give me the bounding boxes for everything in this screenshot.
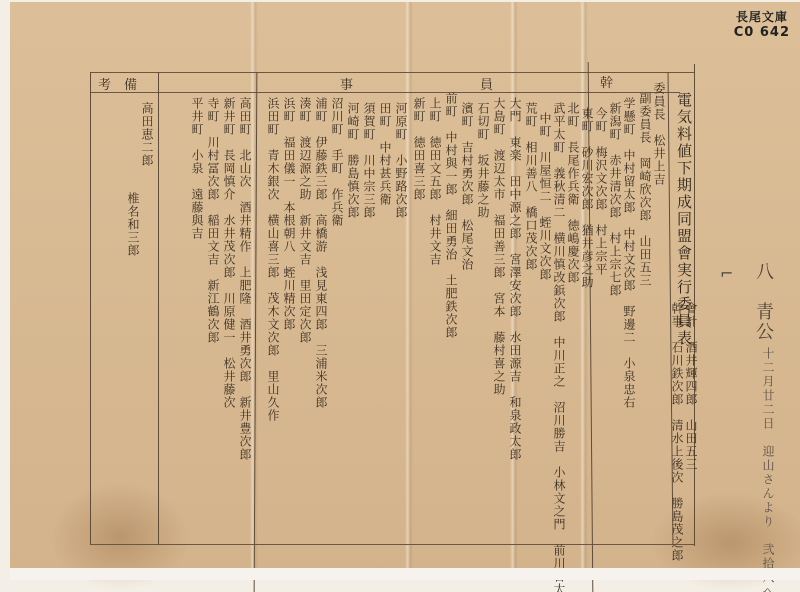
member-column: 学懸町 中村留太郎 中村文次郎 野邊二 小泉忠右 [622, 97, 636, 409]
section-header: 事 [340, 74, 353, 93]
catalog-stamp: 長尾文庫 C0 642 [734, 8, 790, 40]
bracket-mark: ⌐ [720, 264, 733, 283]
member-column: 大島町 渡辺太市 福田善三郎 宮本 藤村喜之助 [492, 97, 506, 396]
section-header: 員 [480, 74, 493, 93]
member-column: 石切町 坂井藤之助 [476, 102, 490, 219]
member-column: 中町 川屋恒二 蛭川文次郎 [538, 112, 552, 281]
scan-edge [10, 568, 800, 580]
member-column: 田町 中村甚兵衛 [378, 102, 392, 206]
member-column: 浜田町 青木銀次 横山喜三郎 茂木文次郎 里山久作 [266, 97, 280, 422]
leader-line: 幹事 石川鉄次郎 清水上後次 勝島茂之郎 [670, 302, 684, 562]
member-column: 河原町 小野路次郎 [394, 102, 408, 219]
paper-fold [580, 2, 588, 580]
remarks-name: 高田恵二郎 [140, 102, 154, 167]
member-column: 浦町 伊藤鉄三郎 高橋游 浅見東四郎 三浦米次郎 [314, 97, 328, 409]
member-column: 武平太町 義秋清二 横川慎改鋲次郎 中川正之 沼川勝吉 小林文之門 前川喜太 [552, 102, 566, 592]
member-column: 寺町 川村冨次郎 稲田文吉 新江鶴次郎 [206, 97, 220, 344]
member-column: 須賀町 川中宗三郎 [362, 102, 376, 219]
member-column: 東町 砂川宏次郎 猶井彦之助 [580, 107, 594, 289]
member-column: 前町 中村與一郎 細田勇治 土肥鉄次郎 [444, 92, 458, 339]
remarks-name: 椎名和三郎 [126, 192, 140, 257]
member-column: 沼川町 手町 作兵衛 [330, 97, 344, 227]
margin-note: 八 青公 [750, 262, 776, 342]
catalog-number: C0 642 [734, 25, 790, 40]
member-column: 大門 東楽 田中源之郎 宮澤安次郎 水田源吉 和泉政太郎 [508, 97, 522, 461]
document-sheet: 長尾文庫 C0 642 考 備 事 員 幹 電気料値下期成同盟會実行委員表 委員… [10, 2, 800, 580]
member-column: 新井町 長岡慎介 水井茂次郎 川原健一 松井藤次 [222, 97, 236, 409]
member-column: 上町 徳田文五郎 村井文吉 [428, 97, 442, 266]
member-column: 湊町 渡辺源之助 新井文吉 里田定次郎 [298, 97, 312, 344]
member-column: 新潟町 赤井清次郎 村上宗七郎 [608, 102, 622, 297]
member-column: 今町 梅沢文次郎 村上宗平 [594, 107, 608, 276]
section-header: 幹 [600, 72, 613, 91]
member-column: 平井町 小泉 遠藤與吉 [190, 97, 204, 240]
paper-fold [405, 2, 413, 580]
member-column: 北町 長尾作兵衛 徳嶋慶次郎 [566, 102, 580, 284]
table-header-rule [90, 92, 680, 93]
pencil-note: 十二月廿二日 迎山さんより 弐拾八へ円四拾五銭 [760, 347, 776, 577]
member-column: 浜町 福田儀一 本根朝八 蛭川精次郎 [282, 97, 296, 331]
leader-line: 委員長 松井上吉 [652, 82, 666, 186]
leader-line: 副委員長 岡崎欣次郎 山田五三 [638, 92, 652, 287]
member-column: 濱町 吉村勇次郎 松尾文治 [460, 102, 474, 271]
leader-line: 會計 酒井輝四郎 山田五三 [684, 302, 698, 471]
remarks-header: 考 備 [98, 74, 137, 93]
table-bottom-rule [90, 544, 694, 545]
member-column: 荒町 相川善八 橋口茂次郎 [524, 102, 538, 271]
collection-name: 長尾文庫 [734, 8, 790, 25]
table-left-rule [90, 72, 91, 545]
member-column: 新町 徳田喜三郎 [412, 97, 426, 201]
member-column: 高田町 北山次 酒井精作 上肥隆 酒井勇次郎 新井豊次郎 [238, 97, 252, 461]
remarks-divider [158, 72, 159, 545]
member-column: 河崎町 勝島慎次郎 [346, 102, 360, 219]
